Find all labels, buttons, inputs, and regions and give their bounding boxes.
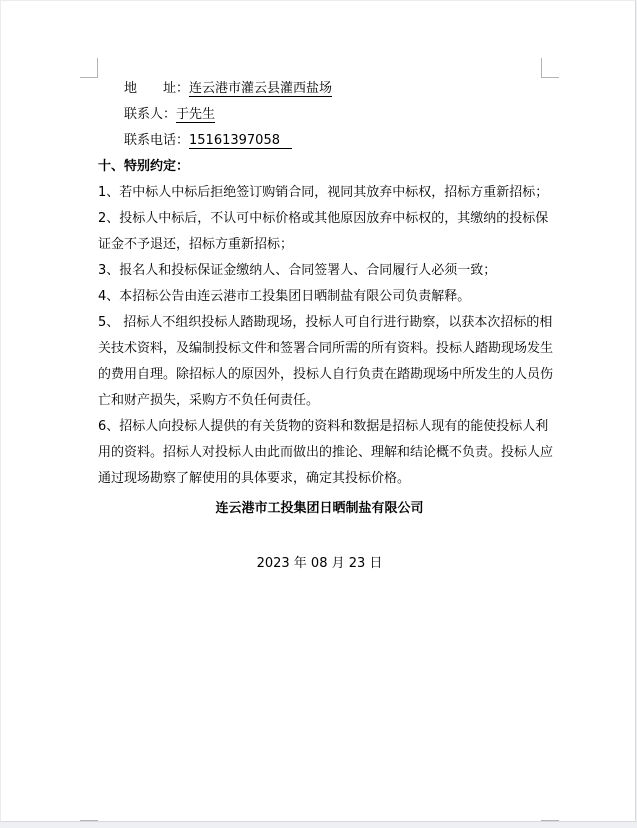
clause-5-line-3: 的费用自理。除招标人的原因外，投标人自行负责在踏勘现场中所发生的人员伤 bbox=[98, 362, 541, 388]
clause-3-line-1: 3、报名人和投标保证金缴纳人、合同签署人、合同履行人必须一致； bbox=[98, 258, 541, 284]
phone-label: 联系电话： bbox=[124, 133, 189, 148]
section-heading: 十、特别约定： bbox=[98, 154, 541, 180]
clause-5-line-1: 5、 招标人不组织投标人踏勘现场，投标人可自行进行勘察，以获本次招标的相 bbox=[98, 310, 541, 336]
contact-person-line: 联系人：于先生 bbox=[98, 102, 541, 128]
phone-line: 联系电话：15161397058 bbox=[98, 128, 541, 154]
clause-5-line-4: 亡和财产损失，采购方不负任何责任。 bbox=[98, 388, 541, 414]
address-label: 地 址： bbox=[124, 81, 189, 96]
clause-6-line-2: 用的资料。招标人对投标人由此而做出的推论、理解和结论概不负责。投标人应 bbox=[98, 440, 541, 466]
signature-company-name: 连云港市工投集团日晒制盐有限公司 bbox=[98, 496, 541, 522]
clause-5-line-2: 关技术资料，及编制投标文件和签署合同所需的所有资料。投标人踏勘现场发生 bbox=[98, 336, 541, 362]
clause-1-line-1: 1、若中标人中标后拒绝签订购销合同，视同其放弃中标权，招标方重新招标； bbox=[98, 180, 541, 206]
document-date: 2023 年 08 月 23 日 bbox=[98, 551, 541, 577]
page-content: 地 址：连云港市灌云县灌西盐场 联系人：于先生 联系电话：15161397058… bbox=[98, 76, 541, 577]
clause-4-line-1: 4、本招标公告由连云港市工投集团日晒制盐有限公司负责解释。 bbox=[98, 284, 541, 310]
clause-6-line-1: 6、招标人向投标人提供的有关货物的资料和数据是招标人现有的能使投标人利 bbox=[98, 414, 541, 440]
text-boundary-mark-top-left bbox=[80, 58, 98, 78]
document-page: 地 址：连云港市灌云县灌西盐场 联系人：于先生 联系电话：15161397058… bbox=[0, 0, 636, 822]
text-boundary-mark-top-right bbox=[541, 58, 559, 78]
contact-person-label: 联系人： bbox=[124, 107, 176, 122]
text-boundary-mark-bottom-left bbox=[80, 820, 98, 822]
phone-value: 15161397058 bbox=[189, 133, 292, 149]
clause-2-line-1: 2、投标人中标后，不认可中标价格或其他原因放弃中标权的，其缴纳的投标保 bbox=[98, 206, 541, 232]
address-line: 地 址：连云港市灌云县灌西盐场 bbox=[98, 76, 541, 102]
clause-2-line-2: 证金不予退还，招标方重新招标； bbox=[98, 232, 541, 258]
clause-6-line-3: 通过现场勘察了解使用的具体要求，确定其投标价格。 bbox=[98, 466, 541, 492]
text-boundary-mark-bottom-right bbox=[541, 820, 559, 822]
address-value: 连云港市灌云县灌西盐场 bbox=[189, 81, 332, 97]
contact-person-value: 于先生 bbox=[176, 107, 215, 123]
